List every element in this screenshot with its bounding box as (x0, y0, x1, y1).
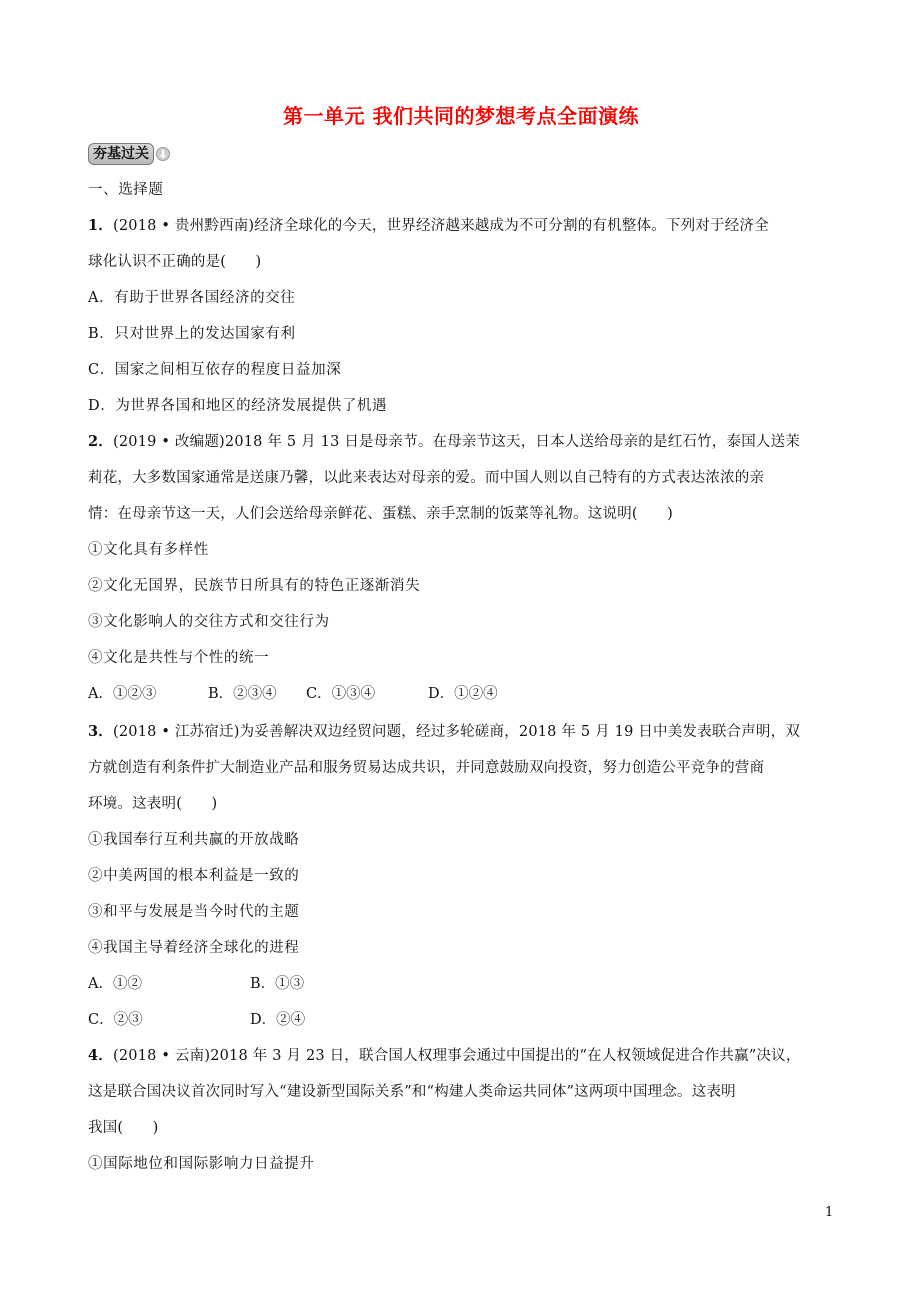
question-3-option-d: D．②④ (250, 1010, 305, 1030)
question-3-line-1: 3．(2018 • 江苏宿迁)为妥善解决双边经贸问题，经过多轮磋商，2018 年… (88, 722, 800, 742)
question-source: (2019 • 改编题) (113, 434, 225, 450)
question-3-line-3: 环境。这表明( ) (88, 794, 217, 814)
option-label: B． (88, 326, 114, 342)
page-number: 1 (825, 1205, 833, 1220)
option-text: ②③ (114, 1012, 143, 1028)
option-text: 国家之间相互依存的程度日益加深 (115, 362, 342, 378)
option-text: 只对世界上的发达国家有利 (114, 326, 295, 342)
option-text: 有助于世界各国经济的交往 (114, 290, 295, 306)
question-stem: 2018 年 3 月 23 日，联合国人权理事会通过中国提出的“在人权领域促进合… (210, 1048, 800, 1064)
question-4-line-1: 4．(2018 • 云南)2018 年 3 月 23 日，联合国人权理事会通过中… (88, 1046, 801, 1066)
question-4-statement-1: ①国际地位和国际影响力日益提升 (88, 1154, 315, 1174)
option-label: B． (250, 976, 275, 992)
option-label: C． (88, 1012, 114, 1028)
question-2-statement-4: ④文化是共性与个性的统一 (88, 648, 269, 668)
option-text: ①③④ (332, 686, 376, 702)
section-badge: 夯基过关 (88, 143, 170, 165)
question-1-option-c: C．国家之间相互依存的程度日益加深 (88, 360, 341, 380)
question-2-option-b: B．②③④ (208, 684, 277, 704)
question-source: (2018 • 云南) (113, 1048, 210, 1064)
option-label: A． (88, 686, 113, 702)
question-number: 1． (88, 217, 113, 234)
option-label: D． (250, 1012, 276, 1028)
question-1-option-b: B．只对世界上的发达国家有利 (88, 324, 296, 344)
question-2-line-1: 2．(2019 • 改编题)2018 年 5 月 13 日是母亲节。在母亲节这天… (88, 432, 800, 452)
question-2-statement-2: ②文化无国界，民族节日所具有的特色正逐渐消失 (88, 576, 420, 596)
option-text: ①② (113, 976, 142, 992)
option-label: C． (306, 686, 332, 702)
option-label: D． (88, 398, 115, 414)
question-3-line-2: 方就创造有利条件扩大制造业产品和服务贸易达成共识，并同意鼓励双向投资，努力创造公… (88, 758, 764, 778)
question-1-option-d: D．为世界各国和地区的经济发展提供了机遇 (88, 396, 387, 416)
option-text: ①②④ (454, 686, 498, 702)
option-text: ①③ (275, 976, 304, 992)
question-2-option-a: A．①②③ (88, 684, 156, 704)
question-3-statement-3: ③和平与发展是当今时代的主题 (88, 902, 299, 922)
option-text: ②④ (276, 1012, 305, 1028)
option-label: A． (88, 290, 114, 306)
question-4-line-3: 我国( ) (88, 1118, 159, 1138)
question-stem: 2018 年 5 月 13 日是母亲节。在母亲节这天，日本人送给母亲的是红石竹，… (225, 434, 800, 450)
section-heading: 一、选择题 (88, 180, 164, 200)
question-3-statement-4: ④我国主导着经济全球化的进程 (88, 938, 299, 958)
question-4-line-2: 这是联合国决议首次同时写入“建设新型国际关系”和“构建人类命运共同体”这两项中国… (88, 1082, 736, 1102)
option-text: 为世界各国和地区的经济发展提供了机遇 (115, 398, 387, 414)
option-text: ①②③ (113, 686, 157, 702)
question-number: 2． (88, 433, 113, 450)
question-number: 3． (88, 723, 113, 740)
question-2-option-c: C．①③④ (306, 684, 375, 704)
option-label: D． (428, 686, 454, 702)
question-3-option-c: C．②③ (88, 1010, 143, 1030)
option-label: B． (208, 686, 233, 702)
question-source: (2018 • 江苏宿迁) (113, 724, 240, 740)
question-source: (2018 • 贵州黔西南) (113, 218, 254, 234)
page-title: 第一单元 我们共同的梦想考点全面演练 (0, 100, 920, 129)
question-3-statement-1: ①我国奉行互利共赢的开放战略 (88, 830, 299, 850)
question-stem: 经济全球化的今天，世界经济越来越成为不可分割的有机整体。下列对于经济全 (254, 218, 769, 234)
question-2-option-d: D．①②④ (428, 684, 498, 704)
question-stem: 为妥善解决双边经贸问题，经过多轮磋商，2018 年 5 月 19 日中美发表联合… (240, 724, 800, 740)
question-1-line-2: 球化认识不正确的是( ) (88, 252, 261, 272)
question-2-statement-1: ①文化具有多样性 (88, 540, 209, 560)
question-number: 4． (88, 1047, 113, 1064)
question-1-option-a: A．有助于世界各国经济的交往 (88, 288, 295, 308)
option-label: A． (88, 976, 113, 992)
question-2-line-3: 情：在母亲节这一天，人们会送给母亲鲜花、蛋糕、亲手烹制的饭菜等礼物。这说明( ) (88, 504, 673, 524)
question-2-statement-3: ③文化影响人的交往方式和交往行为 (88, 612, 330, 632)
question-2-line-2: 莉花，大多数国家通常是送康乃馨，以此来表达对母亲的爱。而中国人则以自己特有的方式… (88, 468, 764, 488)
question-3-option-a: A．①② (88, 974, 142, 994)
section-badge-label: 夯基过关 (88, 143, 154, 165)
question-3-option-b: B．①③ (250, 974, 304, 994)
arrow-down-icon (156, 147, 170, 161)
option-text: ②③④ (233, 686, 277, 702)
question-1-line-1: 1．(2018 • 贵州黔西南)经济全球化的今天，世界经济越来越成为不可分割的有… (88, 216, 769, 236)
document-page: 第一单元 我们共同的梦想考点全面演练 夯基过关 一、选择题 1．(2018 • … (0, 0, 920, 1302)
question-3-statement-2: ②中美两国的根本利益是一致的 (88, 866, 299, 886)
option-label: C． (88, 362, 115, 378)
